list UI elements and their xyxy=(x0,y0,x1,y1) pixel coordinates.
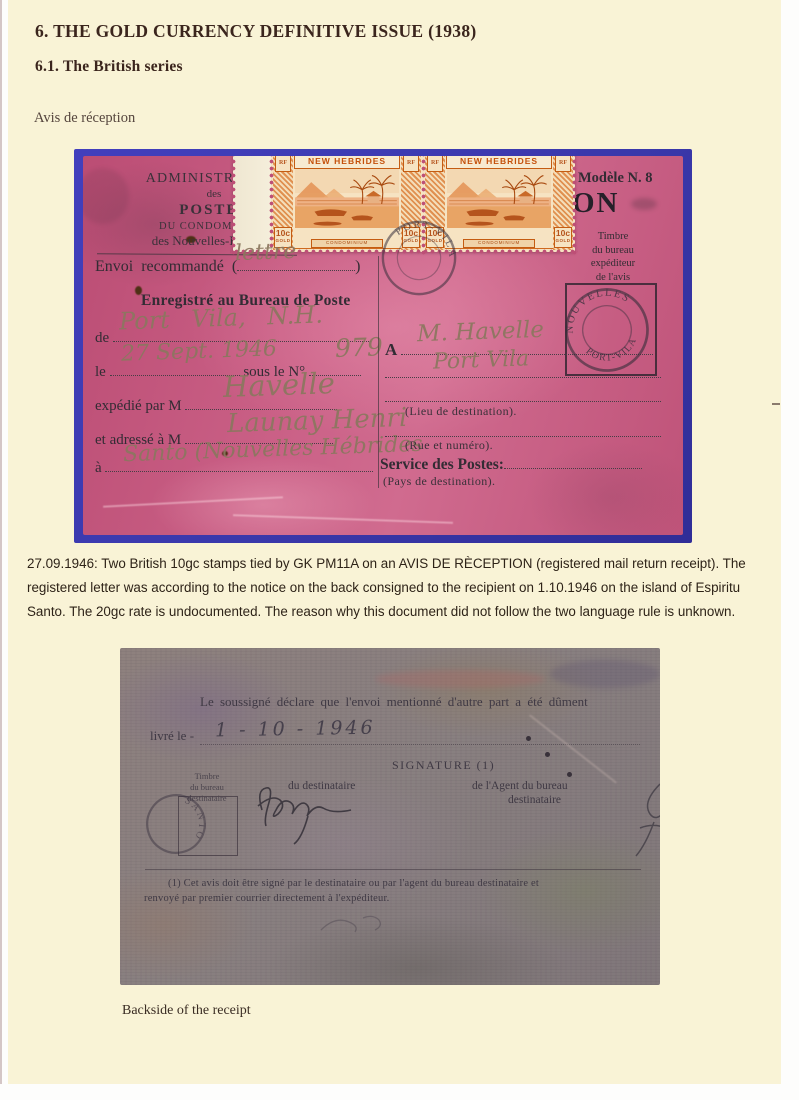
back-declaration: Le soussigné déclare que l'envoi mention… xyxy=(200,694,588,710)
staple-mark xyxy=(567,772,572,777)
edge-tick-mark xyxy=(772,403,780,405)
faded-marking xyxy=(375,670,545,688)
exhibit-page: 6. THE GOLD CURRENCY DEFINITIVE ISSUE (1… xyxy=(0,0,799,1100)
reception-headline-fragment: ON xyxy=(572,187,620,220)
le-label: le xyxy=(95,364,106,380)
crease-mark xyxy=(529,714,617,783)
dotted-blank xyxy=(385,388,661,402)
back-footnote-line2: renvoyé par premier courrier directement… xyxy=(144,893,389,904)
handwriting-delivery-date: 1 - 10 - 1946 xyxy=(215,717,376,742)
stamp-crest: RF xyxy=(427,156,443,172)
item-label: Avis de réception xyxy=(34,110,135,127)
expedie-label: expédié par M xyxy=(95,398,182,414)
dotted-blank xyxy=(200,744,640,745)
service-row: Service des Postes: xyxy=(380,455,642,474)
backside-caption: Backside of the receipt xyxy=(122,1003,251,1019)
envoi-label: Envoi recommandé ( xyxy=(95,258,237,275)
column-divider xyxy=(378,256,379,488)
handwriting-envoi: lettre xyxy=(235,239,297,266)
a-label: à xyxy=(95,460,102,476)
section-title: 6.1. The British series xyxy=(35,58,183,76)
stamp-currency: GOLD xyxy=(555,238,571,243)
stamp-crest: RF xyxy=(403,156,419,172)
perforation-column xyxy=(571,156,578,255)
modele-label: Modèle N. 8 xyxy=(578,170,653,187)
pays-note: (Pays de destination). xyxy=(383,474,495,489)
front-card-mount: ADMINISTRATION des POSTES DU CONDOMINIUM… xyxy=(74,149,692,543)
paper-crease xyxy=(233,514,453,523)
stamp-crest: RF xyxy=(275,156,291,172)
stamp-country-banner: NEW HEBRIDES xyxy=(294,156,400,169)
stamp-crest: RF xyxy=(555,156,571,172)
stamp-value: 10c xyxy=(555,228,571,238)
envoi-close: ) xyxy=(355,258,360,275)
lieu-note: (Lieu de destination). xyxy=(405,404,517,419)
avis-reception-backside: Le soussigné déclare que l'envoi mention… xyxy=(120,648,660,985)
dotted-blank xyxy=(385,423,661,437)
service-label: Service des Postes: xyxy=(380,456,504,473)
livre-label: livré le - xyxy=(150,728,194,744)
de-label: de xyxy=(95,330,109,346)
back-footnote-line1: (1) Cet avis doit être signé par le dest… xyxy=(168,878,539,889)
avis-reception-front: ADMINISTRATION des POSTES DU CONDOMINIUM… xyxy=(83,156,683,535)
signature-heading: SIGNATURE (1) xyxy=(392,758,495,773)
postmark-santo-cds: SANTO xyxy=(138,786,214,862)
staple-mark xyxy=(526,736,531,741)
stamp-condominium-label: CONDOMINIUM xyxy=(463,239,535,248)
scan-edge-bottom xyxy=(0,1084,799,1100)
handwriting-number: 979 xyxy=(335,332,384,363)
handwriting-recipient: M. Havelle xyxy=(417,317,545,347)
stamp-country-banner: NEW HEBRIDES xyxy=(446,156,552,169)
headline-smudge xyxy=(631,198,657,210)
staple-mark xyxy=(545,752,550,757)
dest-label: A xyxy=(385,340,396,359)
timbre-small-line: Timbre xyxy=(172,771,242,782)
signature-scribble xyxy=(248,776,378,846)
footnote-rule xyxy=(145,869,641,870)
paper-crease xyxy=(103,496,283,507)
envoi-row: Envoi recommandé () xyxy=(95,257,361,276)
page-title: 6. THE GOLD CURRENCY DEFINITIVE ISSUE (1… xyxy=(35,21,477,42)
handwriting-sender: Havelle xyxy=(222,366,335,404)
sig-right-label2: destinataire xyxy=(508,794,561,806)
stamp-value: 10c xyxy=(275,228,291,238)
stamp-vignette-beach-scene xyxy=(447,169,551,228)
sig-right-label: de l'Agent du bureau xyxy=(472,780,568,792)
stamp-condominium-label: CONDOMINIUM xyxy=(311,239,383,248)
stamp-selvage xyxy=(233,156,271,252)
scan-edge-sliver xyxy=(0,0,2,1100)
faint-scribble xyxy=(315,910,395,940)
faded-marking xyxy=(550,660,660,688)
scan-edge-right xyxy=(781,0,799,1100)
stamp-vignette-beach-scene xyxy=(295,169,399,228)
exhibit-caption: 27.09.1946: Two British 10gc stamps tied… xyxy=(27,552,769,624)
rue-note: (Rue et numéro). xyxy=(405,438,493,453)
timbre-note-line: expéditeur xyxy=(557,257,669,271)
stamp-value-tablet: 10c GOLD xyxy=(554,227,572,248)
stamp-side-ornament: RF 10c GOLD xyxy=(553,156,573,250)
signature-scribble xyxy=(620,778,660,868)
stamp-side-ornament: RF 10c GOLD xyxy=(273,156,293,250)
dotted-blank xyxy=(504,455,642,469)
